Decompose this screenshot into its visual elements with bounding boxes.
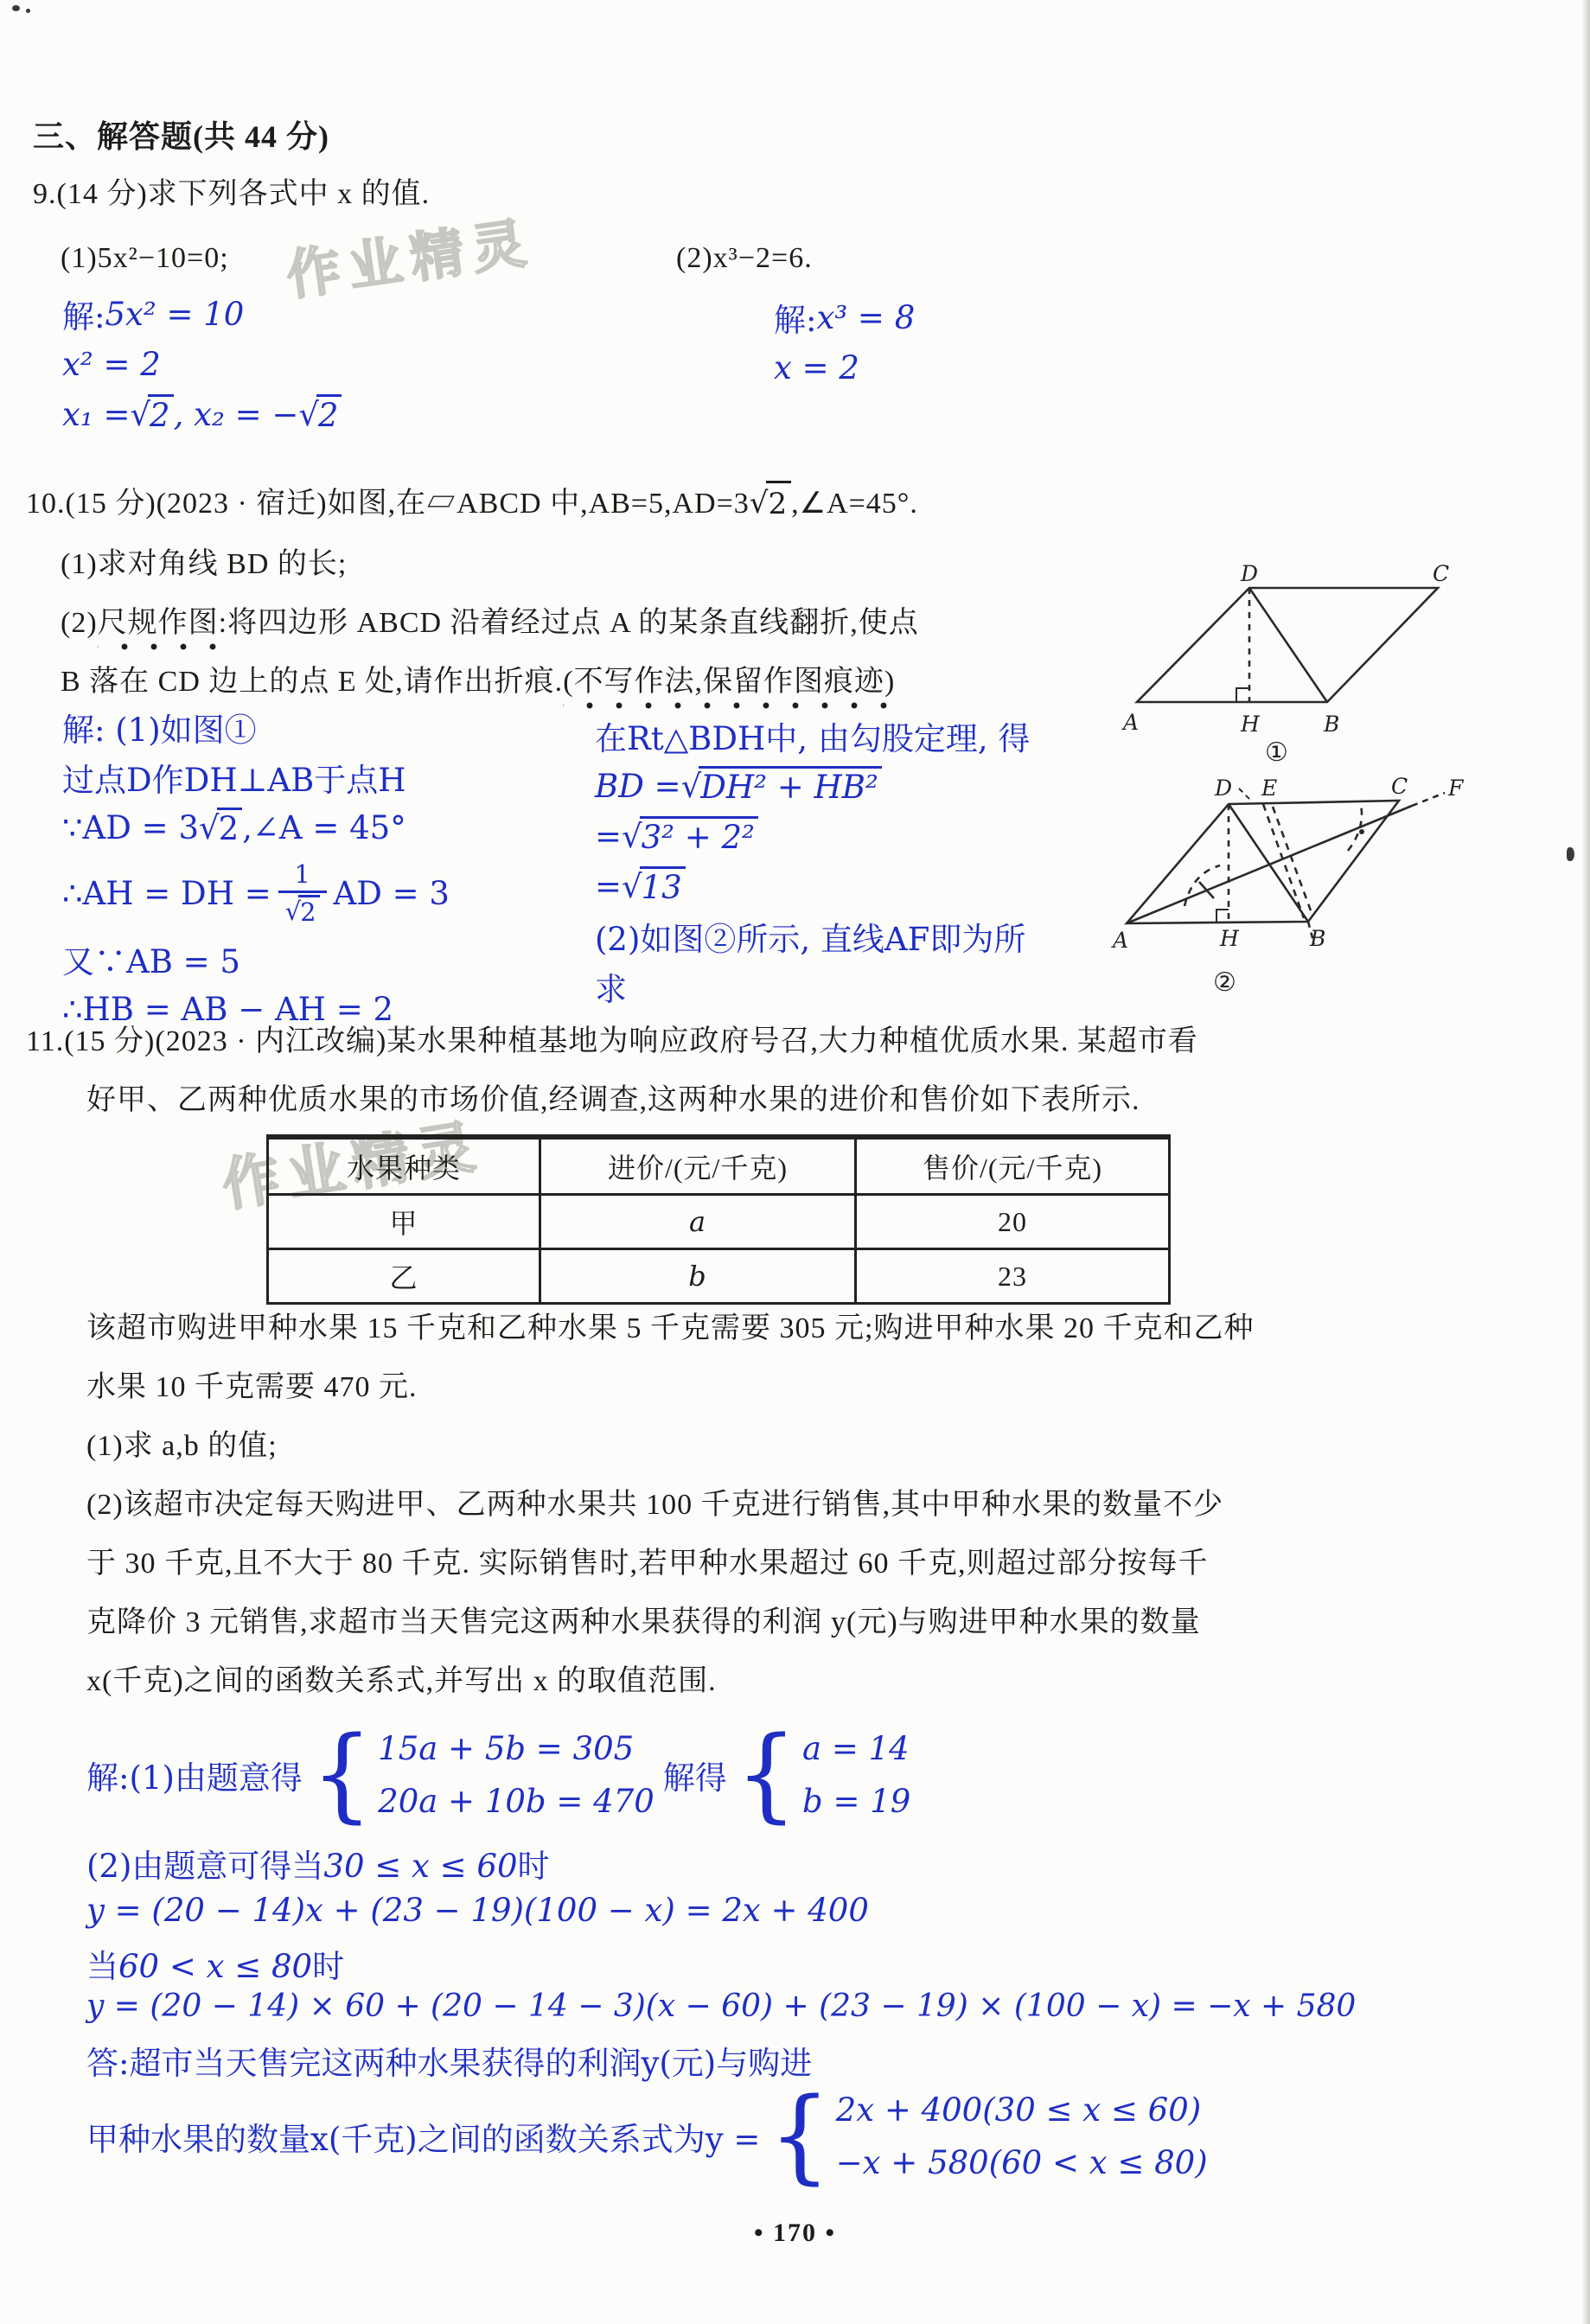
equation: 2x + 400(30 ≤ x ≤ 60)	[836, 2091, 1208, 2129]
problem10-solution-left: 解: (1)如图① 过点D作DH⊥AB于点H ∵AD = 3 √2 ,∠A = …	[62, 702, 450, 1034]
solution-text: 甲种水果的数量x(千克)之间的函数关系式为y =	[86, 2113, 760, 2160]
emphasized-text: (不写作法,保留作图痕迹)	[563, 666, 895, 710]
solution-line: 解: (1)如图①	[62, 702, 450, 752]
stem-text: 10.(15 分)(2023 · 宿迁)如图,在▱ABCD 中,AB=5,AD=…	[26, 482, 750, 525]
figure-2-parallelogram-fold: D E C F A H B ②	[1102, 776, 1476, 999]
stem-text: ,∠A=45°.	[791, 482, 918, 525]
problem9-solution-right: 解: x³ = 8 x = 2	[774, 292, 915, 393]
solution-line: (2)如图②所示, 直线AF即为所	[595, 911, 1030, 961]
brace-symbol: {	[769, 2093, 830, 2180]
equation: 15a + 5b = 305	[378, 1730, 655, 1767]
math-text: x₁ =	[62, 396, 130, 433]
table-header-row: 水果种类 进价/(元/千克) 售价/(元/千克)	[268, 1137, 1170, 1195]
sqrt-sign: √	[622, 818, 642, 855]
fig2-label-F: F	[1447, 776, 1465, 801]
cell-fruit-yi: 乙	[268, 1249, 540, 1304]
radicand: 3² + 2²	[640, 816, 758, 856]
fig1-label-A: A	[1121, 710, 1139, 735]
sqrt-radical: √13	[622, 866, 686, 906]
math-text: =	[595, 868, 622, 905]
radicand: 2	[316, 394, 342, 434]
problem10-part2-line1: (2)尺规作图:将四边形 ABCD 沿着经过点 A 的某条直线翻折,使点	[61, 602, 919, 644]
scan-speck	[26, 9, 30, 13]
equation-system: { a = 14 b = 19	[736, 1730, 911, 1820]
workbook-page: 作业精灵 作业精灵 三、解答题(共 44 分) 9.(14 分)求下列各式中 x…	[0, 0, 1590, 2324]
fig1-caption: ①	[1265, 738, 1288, 764]
problem10-solution-right: 在Rt△BDH中, 由勾股定理, 得 BD = √DH² + HB² = √3²…	[595, 711, 1030, 1012]
table-row: 甲 a 20	[268, 1195, 1170, 1249]
brace-symbol: {	[311, 1732, 373, 1818]
radicand: 2	[766, 481, 791, 526]
equation: −x + 580(60 < x ≤ 80)	[836, 2144, 1208, 2181]
sqrt-radical: √3² + 2²	[622, 816, 758, 856]
fig1-label-H: H	[1240, 712, 1261, 737]
problem10-stem: 10.(15 分)(2023 · 宿迁)如图,在▱ABCD 中,AB=5,AD=…	[26, 481, 918, 526]
sqrt-sign: √	[750, 482, 769, 525]
part-text-line: 克降价 3 元销售,求超市当天售完这两种水果获得的利润 y(元)与购进甲种水果的…	[86, 1601, 1223, 1660]
fig2-label-C: C	[1391, 776, 1408, 799]
radicand: 13	[640, 866, 686, 906]
solution-line: = √3² + 2²	[595, 811, 1030, 861]
sqrt-sign: √	[622, 868, 642, 905]
solution-text: 当	[86, 1948, 118, 1985]
emphasized-text: 尺规作图	[98, 607, 219, 651]
solution-text: 时	[518, 1848, 550, 1885]
solution-line: 过点D作DH⊥AB于点H	[62, 752, 450, 802]
solution-line: 解:	[774, 294, 816, 341]
problem11-solution-answer: 答:超市当天售完这两种水果获得的利润y(元)与购进	[86, 2037, 812, 2084]
fig1-label-B: B	[1323, 712, 1339, 737]
solution-line: ∴AH = DH = 1 √2 AD = 3	[62, 852, 450, 934]
problem11-part1: (1)求 a,b 的值;	[86, 1425, 278, 1467]
math-text: , x₂ = −	[174, 396, 299, 433]
problem9-part1: (1)5x²−10=0;	[61, 237, 229, 279]
part-text: B 落在 CD 边上的点 E 处,请作出折痕.	[61, 666, 563, 698]
solution-line: 解:	[62, 290, 105, 337]
price-table: 水果种类 进价/(元/千克) 售价/(元/千克) 甲 a 20 乙 b 23	[266, 1134, 1171, 1305]
equation: 20a + 10b = 470	[378, 1783, 655, 1820]
problem9-solution-left: 解: 5x² = 10 x² = 2 x₁ = √2 , x₂ = − √2	[62, 289, 342, 439]
fig2-caption: ②	[1213, 968, 1236, 997]
problem9-stem: 9.(14 分)求下列各式中 x 的值.	[33, 173, 430, 215]
cell-cost-b: b	[540, 1249, 856, 1304]
problem11-solution-line2: (2)由题意可得当30 ≤ x ≤ 60时	[86, 1840, 550, 1887]
solution-line: 又∵AB = 5	[62, 934, 450, 984]
solution-text: 解得	[663, 1752, 727, 1798]
part-text: :将四边形 ABCD 沿着经过点 A 的某条直线翻折,使点	[219, 607, 919, 639]
problem11-solution-line5: y = (20 − 14) × 60 + (20 − 14 − 3)(x − 6…	[86, 1989, 1356, 2024]
problem11-part2: (2)该超市决定每天购进甲、乙两种水果共 100 千克进行销售,其中甲种水果的数…	[86, 1484, 1223, 1719]
solution-line: x = 2	[774, 342, 915, 393]
fig2-label-H: H	[1219, 926, 1240, 951]
sqrt-radical: √2	[285, 895, 320, 927]
sqrt-sign: √	[130, 396, 150, 433]
problem11-solution-line3: y = (20 − 14)x + (23 − 19)(100 − x) = 2x…	[86, 1892, 869, 1929]
problem11-body-line2: 水果 10 千克需要 470 元.	[86, 1366, 418, 1408]
fig2-label-B: B	[1309, 926, 1325, 951]
math-text: 30 ≤ x ≤ 60	[323, 1848, 517, 1885]
figure-1-parallelogram: D C A H B ①	[1111, 564, 1457, 764]
denominator: √2	[278, 891, 327, 927]
numerator: 1	[287, 859, 316, 891]
solution-line: x³ = 8	[816, 299, 915, 336]
solution-line: 在Rt△BDH中, 由勾股定理, 得	[595, 711, 1030, 761]
problem11-stem-line1: 11.(15 分)(2023 · 内江改编)某水果种植基地为响应政府号召,大力种…	[26, 1020, 1198, 1063]
solution-text: 时	[312, 1948, 344, 1985]
cell-cost-a: a	[540, 1195, 856, 1249]
table-row: 乙 b 23	[268, 1249, 1170, 1304]
equation-system: { 2x + 400(30 ≤ x ≤ 60) −x + 580(60 < x …	[769, 2091, 1207, 2181]
problem10-part1: (1)求对角线 BD 的长;	[61, 543, 347, 585]
fig1-label-D: D	[1240, 564, 1258, 586]
math-text: ∵AD = 3	[62, 809, 199, 846]
math-text: ,∠A = 45°	[242, 809, 406, 846]
col-header-sell-price: 售价/(元/千克)	[856, 1137, 1170, 1195]
problem11-piecewise-function: 甲种水果的数量x(千克)之间的函数关系式为y = { 2x + 400(30 ≤…	[86, 2082, 1216, 2191]
col-header-cost-price: 进价/(元/千克)	[540, 1137, 856, 1195]
sqrt-sign: √	[681, 768, 702, 805]
sqrt-sign: √	[199, 809, 220, 846]
equation: b = 19	[802, 1783, 910, 1820]
solution-line: ∵AD = 3 √2 ,∠A = 45°	[62, 802, 450, 852]
math-text: 60 < x ≤ 80	[118, 1948, 312, 1985]
sqrt-sign: √	[285, 897, 301, 926]
part-text-line: (2)该超市决定每天购进甲、乙两种水果共 100 千克进行销售,其中甲种水果的数…	[86, 1484, 1223, 1542]
radicand: 2	[217, 808, 243, 847]
equation: a = 14	[802, 1730, 910, 1767]
part-text: (2)	[61, 607, 98, 639]
problem11-body-line1: 该超市购进甲种水果 15 千克和乙种水果 5 千克需要 305 元;购进甲种水果…	[86, 1307, 1254, 1350]
equation-system: { 15a + 5b = 305 20a + 10b = 470	[311, 1730, 655, 1820]
section-title: 三、解答题(共 44 分)	[33, 114, 329, 159]
fig2-label-D: D	[1214, 776, 1232, 801]
math-text: AD = 3	[334, 875, 450, 912]
cell-sell-20: 20	[856, 1195, 1170, 1249]
sqrt-sign: √	[298, 396, 319, 433]
radicand: 2	[148, 394, 174, 434]
solution-line: BD = √DH² + HB²	[595, 761, 1030, 811]
problem11-solution-system: 解:(1)由题意得 { 15a + 5b = 305 20a + 10b = 4…	[86, 1716, 919, 1834]
math-text: =	[595, 818, 622, 855]
problem11-stem-line2: 好甲、乙两种优质水果的市场价值,经调查,这两种水果的进价和售价如下表所示.	[86, 1079, 1140, 1121]
scan-speck	[12, 5, 20, 11]
sqrt-radical: √DH² + HB²	[681, 766, 882, 806]
solution-text: 解:(1)由题意得	[86, 1752, 303, 1798]
fig2-label-A: A	[1111, 928, 1128, 953]
col-header-fruit-type: 水果种类	[268, 1137, 540, 1195]
sqrt-radical: √2	[750, 481, 791, 526]
sqrt-radical: √2	[130, 394, 173, 434]
problem11-solution-line4: 当60 < x ≤ 80时	[86, 1940, 344, 1987]
solution-line: x² = 2	[62, 339, 342, 389]
radicand: DH² + HB²	[699, 766, 882, 806]
fraction: 1 √2	[278, 859, 327, 927]
sqrt-radical: √2	[298, 394, 342, 434]
fig2-label-E: E	[1261, 776, 1277, 801]
problem10-part2-line2: B 落在 CD 边上的点 E 处,请作出折痕.(不写作法,保留作图痕迹)	[61, 661, 895, 703]
cell-fruit-jia: 甲	[268, 1195, 540, 1249]
fig1-label-C: C	[1433, 564, 1449, 586]
solution-line: 5x² = 10	[105, 296, 244, 333]
scan-speck	[1567, 847, 1574, 861]
solution-line: x₁ = √2 , x₂ = − √2	[62, 389, 342, 439]
page-number: • 170 •	[0, 2219, 1590, 2248]
solution-line: = √13	[595, 861, 1030, 911]
brace-symbol: {	[736, 1732, 797, 1818]
solution-text: (2)由题意可得当	[86, 1848, 323, 1885]
problem9-part2: (2)x³−2=6.	[676, 237, 813, 279]
solution-line: 求	[595, 961, 1030, 1012]
math-text: BD =	[595, 768, 681, 805]
radicand: 2	[298, 895, 319, 927]
part-text-line: x(千克)之间的函数关系式,并写出 x 的取值范围.	[86, 1660, 1223, 1719]
cell-sell-23: 23	[856, 1249, 1170, 1304]
part-text-line: 于 30 千克,且不大于 80 千克. 实际销售时,若甲种水果超过 60 千克,…	[86, 1542, 1223, 1601]
math-text: ∴AH = DH =	[62, 875, 271, 912]
sqrt-radical: √2	[199, 808, 242, 847]
